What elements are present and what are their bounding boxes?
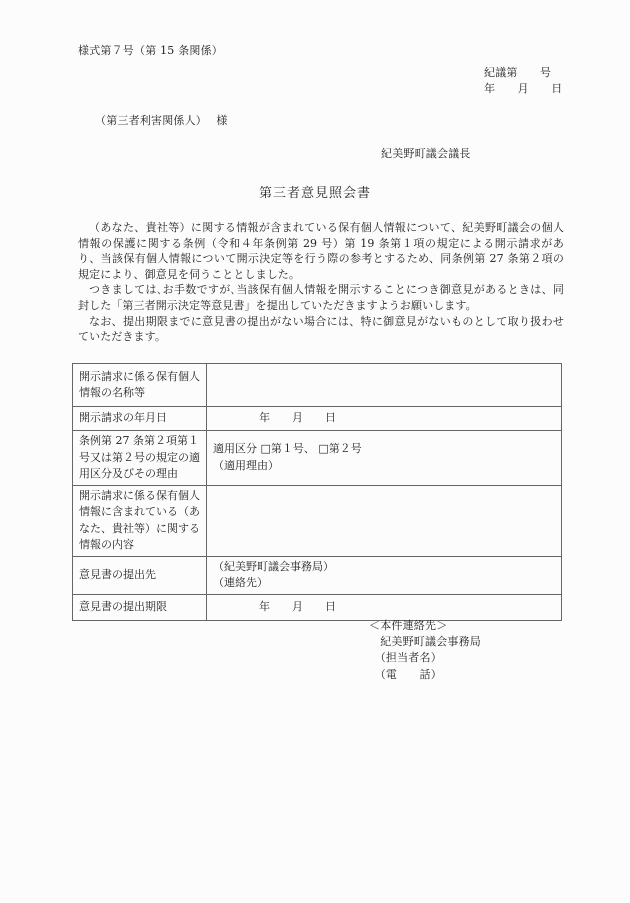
- contact-heading: ＜本件連絡先＞: [369, 618, 481, 634]
- table-row: 開示請求の年月日 年 月 日: [73, 407, 562, 431]
- table-row: 開示請求に係る保有個人情報の名称等: [73, 364, 562, 407]
- body-paragraph: つきましては､お手数ですが､当該保有個人情報を開示することにつき御意見があるとき…: [78, 282, 564, 313]
- contact-person: （担当者名）: [369, 650, 481, 666]
- row-value-field[interactable]: 適用区分 □第１号、 □第２号 （適用理由）: [207, 431, 562, 486]
- row-label: 意見書の提出先: [73, 556, 207, 594]
- reference-date: 年 月 日: [484, 81, 562, 97]
- row-label: 意見書の提出期限: [73, 594, 207, 620]
- table-row: 意見書の提出期限 年 月 日: [73, 594, 562, 620]
- body-text: （あなた、貴社等）に関する情報が含まれている保有個人情報について、紀美野町議会の…: [78, 220, 564, 345]
- reference-number: 紀議第 号: [484, 65, 562, 81]
- body-paragraph: なお、提出期限までに意見書の提出がない場合には、特に御意見がないものとして取り扱…: [78, 314, 564, 345]
- table-row: 意見書の提出先 （紀美野町議会事務局） （連絡先）: [73, 556, 562, 594]
- row-value-field[interactable]: [207, 485, 562, 556]
- row-label: 開示請求に係る保有個人情報の名称等: [73, 364, 207, 407]
- inquiry-table: 開示請求に係る保有個人情報の名称等 開示請求の年月日 年 月 日 条例第 27 …: [72, 363, 562, 621]
- row-value-field[interactable]: 年 月 日: [207, 407, 562, 431]
- body-paragraph: （あなた、貴社等）に関する情報が含まれている保有個人情報について、紀美野町議会の…: [78, 220, 564, 282]
- row-value-field[interactable]: （紀美野町議会事務局） （連絡先）: [207, 556, 562, 594]
- table-row: 開示請求に係る保有個人情報に含まれている（あなた、貴社等）に関する情報の内容: [73, 485, 562, 556]
- row-label: 開示請求の年月日: [73, 407, 207, 431]
- sender: 紀美野町議会議長: [381, 147, 471, 161]
- contact-office: 紀美野町議会事務局: [369, 634, 481, 650]
- document-title: 第三者意見照会書: [0, 182, 630, 201]
- contact-block: ＜本件連絡先＞ 紀美野町議会事務局 （担当者名） （電 話）: [369, 618, 481, 683]
- row-label: 開示請求に係る保有個人情報に含まれている（あなた、貴社等）に関する情報の内容: [73, 485, 207, 556]
- row-label: 条例第 27 条第２項第１号又は第２号の規定の適用区分及びその理由: [73, 431, 207, 486]
- table-row: 条例第 27 条第２項第１号又は第２号の規定の適用区分及びその理由 適用区分 □…: [73, 431, 562, 486]
- row-value-field[interactable]: [207, 364, 562, 407]
- addressee: （第三者利害関係人） 様: [95, 114, 228, 128]
- form-number: 様式第７号（第 15 条関係）: [78, 44, 223, 58]
- row-value-field[interactable]: 年 月 日: [207, 594, 562, 620]
- reference-block: 紀議第 号 年 月 日: [484, 65, 562, 97]
- contact-phone: （電 話）: [369, 667, 481, 683]
